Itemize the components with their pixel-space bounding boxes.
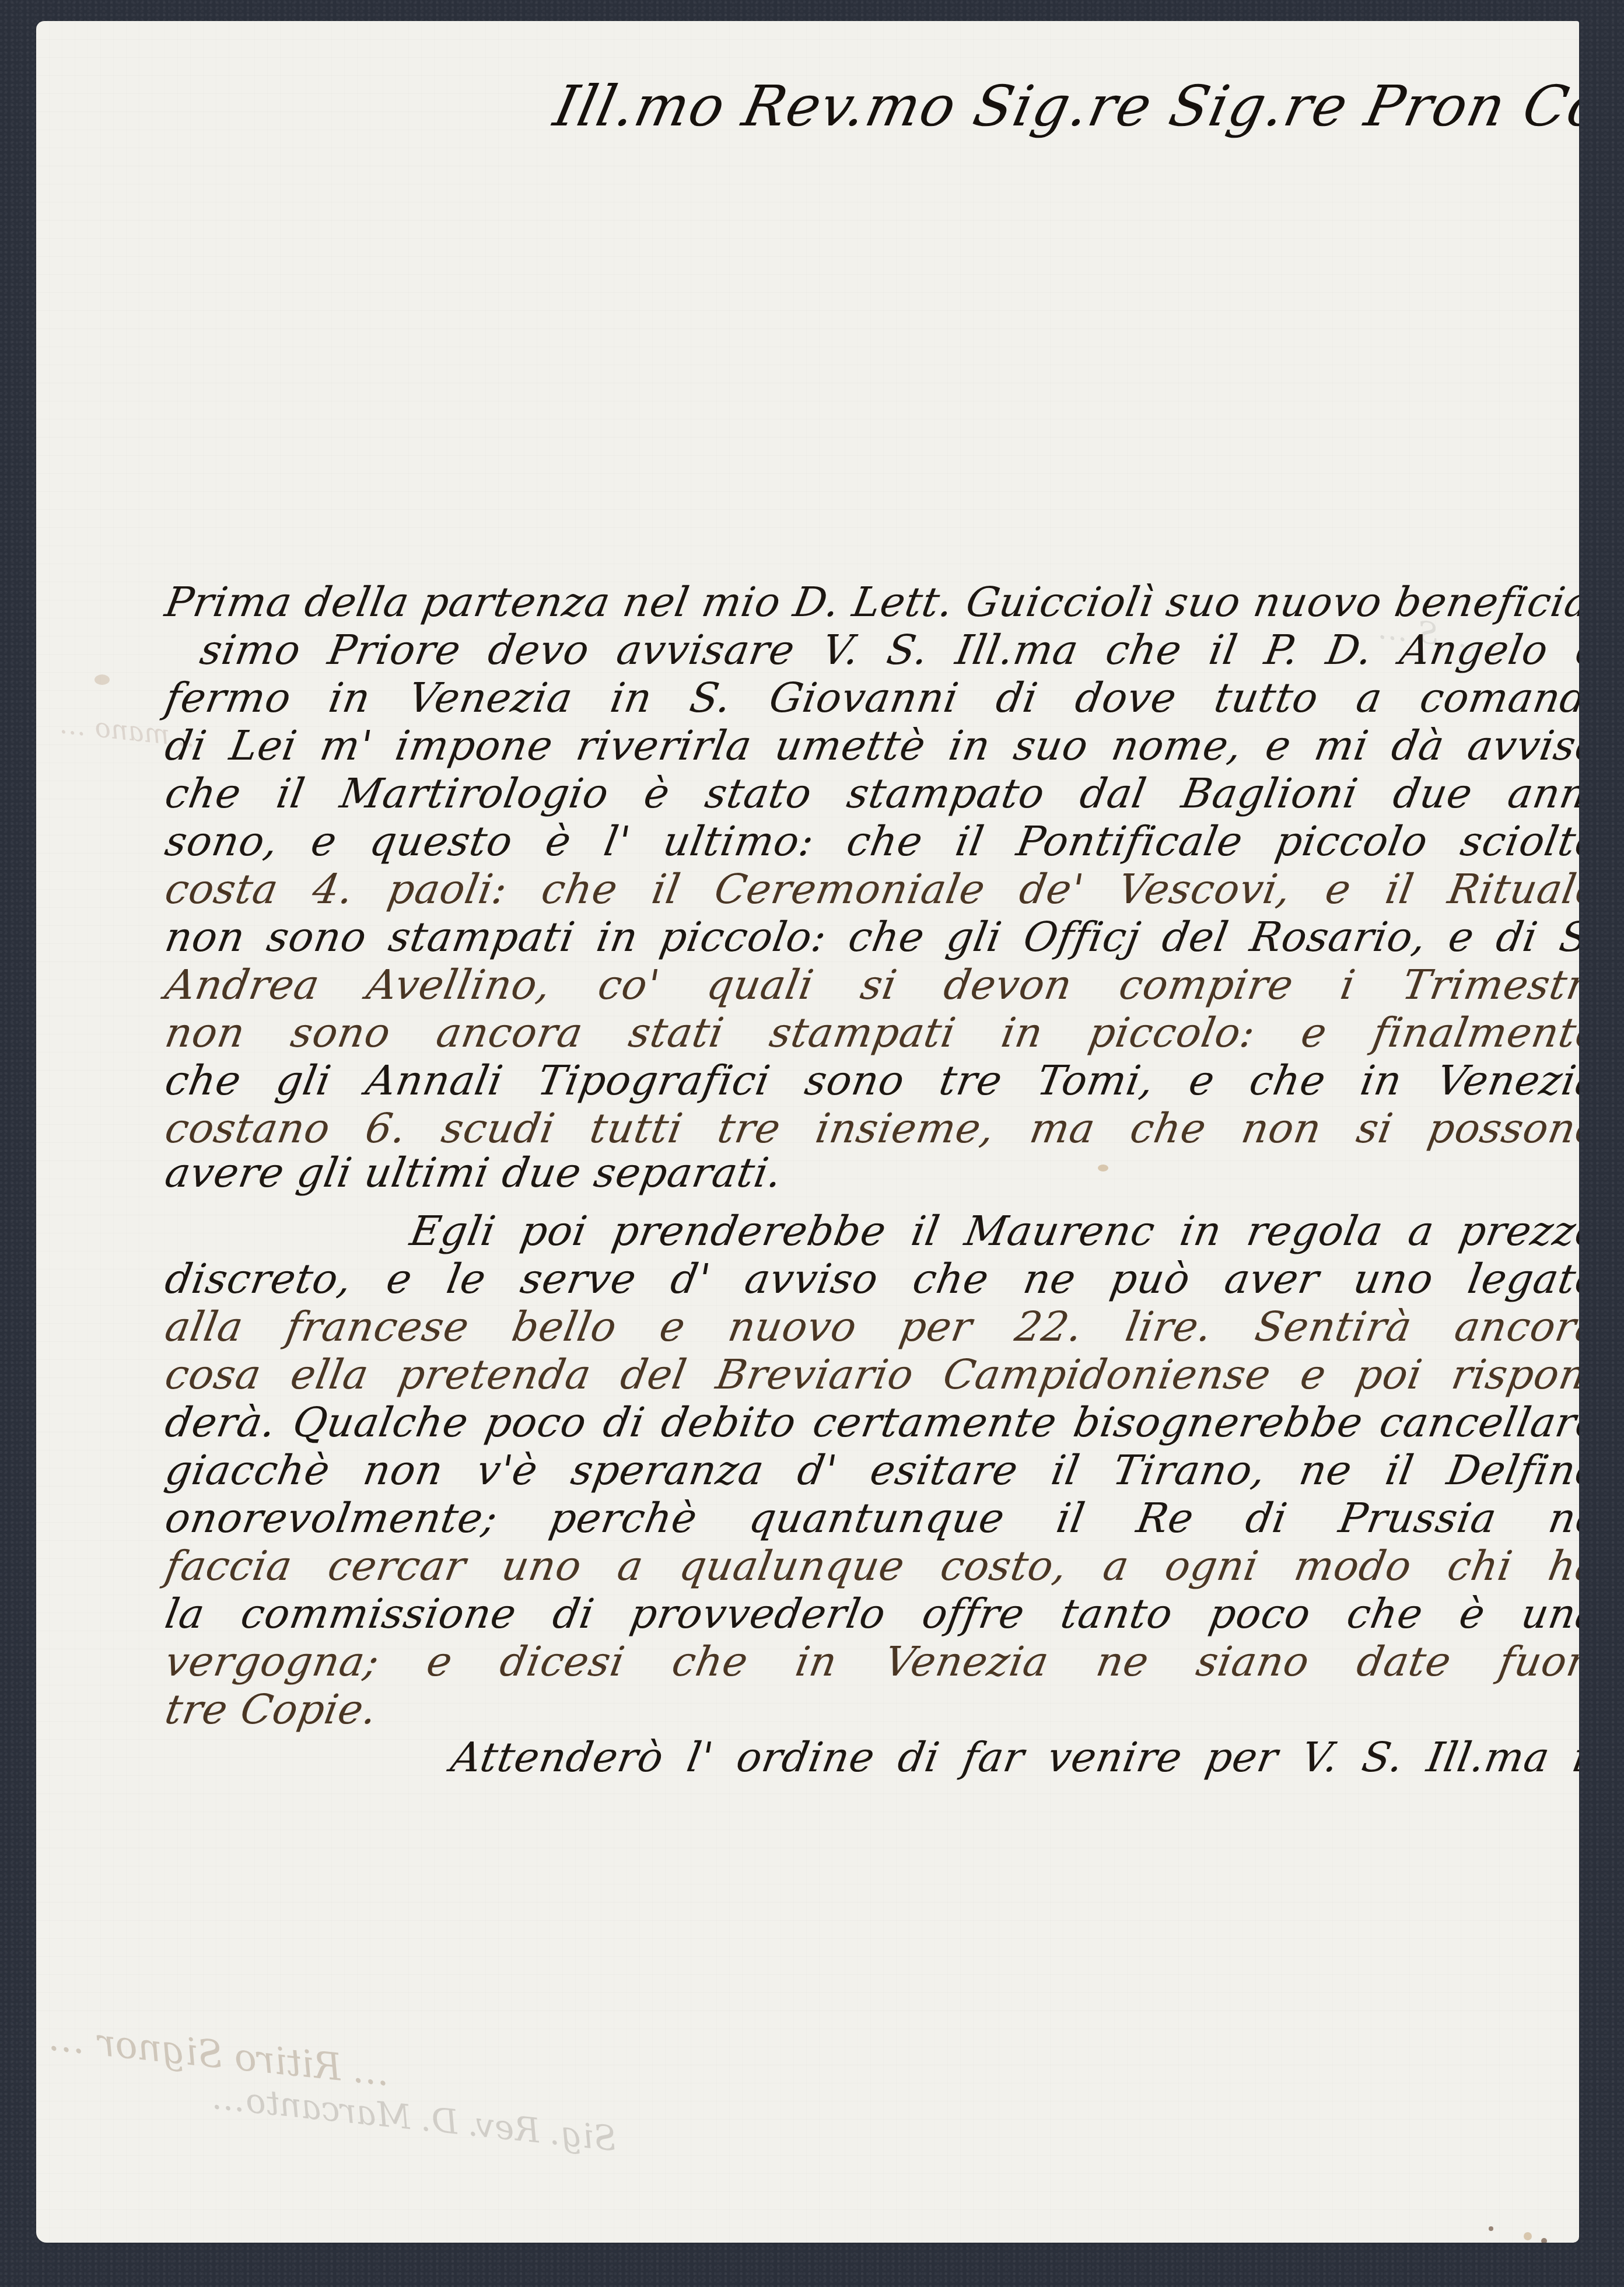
text-line: tre Copie. [162, 1685, 1579, 1733]
text-line: cosa ella pretenda del Breviario Campido… [162, 1351, 1579, 1398]
text-line: la commissione di provvederlo offre tant… [162, 1590, 1579, 1638]
foxing-spot [1489, 2226, 1493, 2231]
text-line: Prima della partenza nel mio D. Lett. Gu… [162, 578, 1579, 626]
text-line: costa 4. paoli: che il Ceremoniale de' V… [162, 865, 1579, 913]
foxing-spot [1524, 2232, 1532, 2240]
text-line: vergogna; e dicesi che in Venezia ne sia… [162, 1638, 1579, 1685]
show-through-text: Sig. Rev. D. Marcanto… [210, 2077, 618, 2159]
foxing-spot [1541, 2238, 1547, 2243]
text-line: che il Martirologio è stato stampato dal… [162, 770, 1579, 817]
text-line: onorevolmente; perchè quantunque il Re d… [162, 1494, 1579, 1542]
text-line: che gli Annali Tipografici sono tre Tomi… [162, 1057, 1579, 1104]
text-line: Attenderò l' ordine di far venire per V.… [162, 1733, 1579, 1781]
salutation: Ill.mo Rev.mo Sig.re Sig.re Pron Col.mo [548, 74, 1579, 139]
text-line: discreto, e le serve d' avviso che ne pu… [162, 1255, 1579, 1303]
text-line: non sono ancora stati stampati in piccol… [162, 1009, 1579, 1057]
text-line: costano 6. scudi tutti tre insieme, ma c… [162, 1104, 1579, 1152]
text-line: Egli poi prenderebbe il Maurenc in regol… [162, 1207, 1579, 1255]
text-line: derà. Qualche poco di debito certamente … [162, 1398, 1579, 1446]
text-line: non sono stampati in piccolo: che gli Of… [162, 913, 1579, 961]
text-line: Andrea Avellino, co' quali si devon comp… [162, 961, 1579, 1009]
text-line: fermo in Venezia in S. Giovanni di dove … [162, 674, 1579, 722]
text-line: giacchè non v'è speranza d' esitare il T… [162, 1446, 1579, 1494]
text-line: sono, e questo è l' ultimo: che il Ponti… [162, 817, 1579, 865]
text-line: simo Priore devo avvisare V. S. Ill.ma c… [162, 626, 1579, 674]
foxing-spot [94, 674, 110, 685]
letter-page: … mano … … S … … Ritiro Signor … Sig. Re… [36, 21, 1579, 2243]
letter-body: Prima della partenza nel mio D. Lett. Gu… [162, 578, 1579, 1781]
text-line: alla francese bello e nuovo per 22. lire… [162, 1303, 1579, 1351]
text-line: di Lei m' impone riverirla umettè in suo… [162, 722, 1579, 770]
text-line: avere gli ultimi due separati. [162, 1149, 1579, 1197]
text-line: faccia cercar uno a qualunque costo, a o… [162, 1542, 1579, 1590]
